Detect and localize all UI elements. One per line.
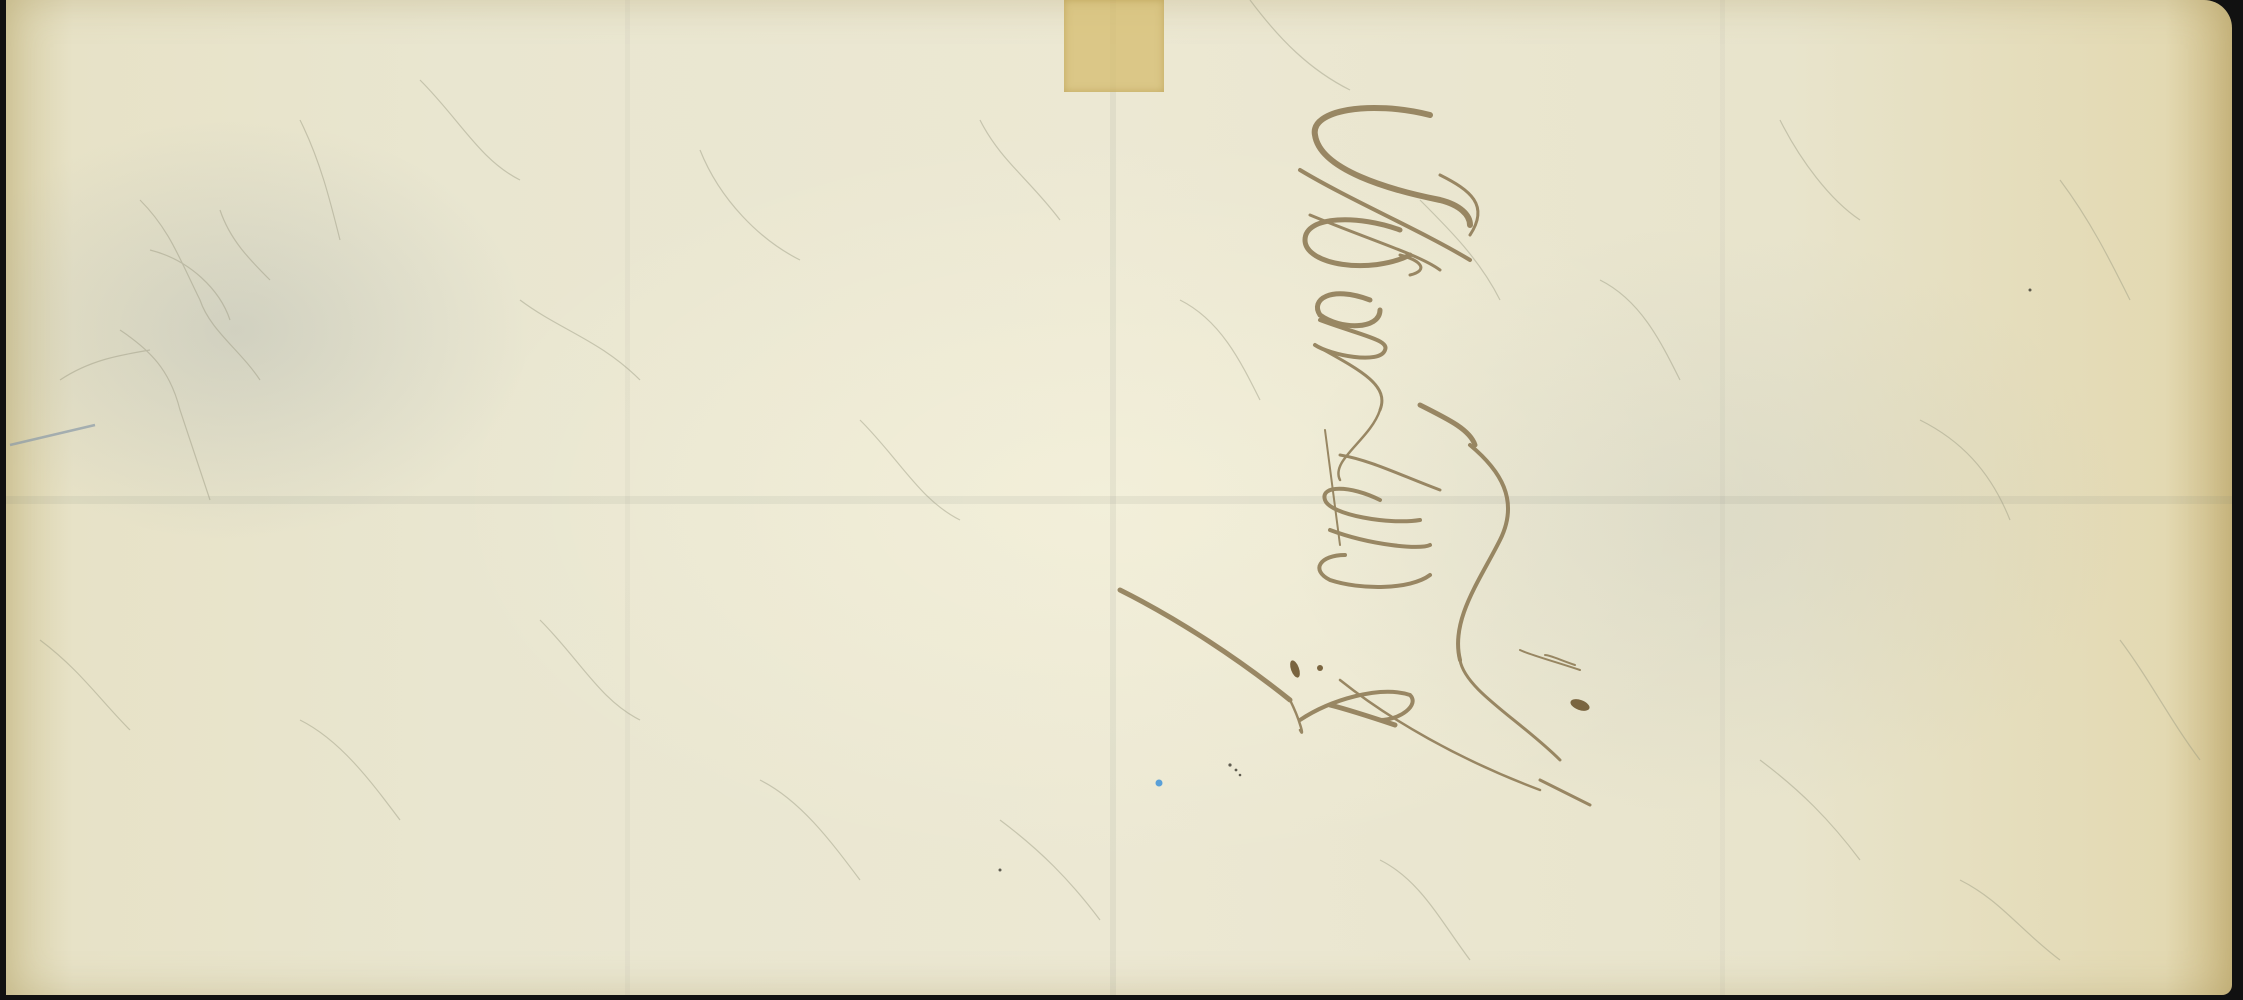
scanned-document: ...Esq. <box>0 0 2243 1000</box>
handwritten-signature <box>0 0 2243 1000</box>
